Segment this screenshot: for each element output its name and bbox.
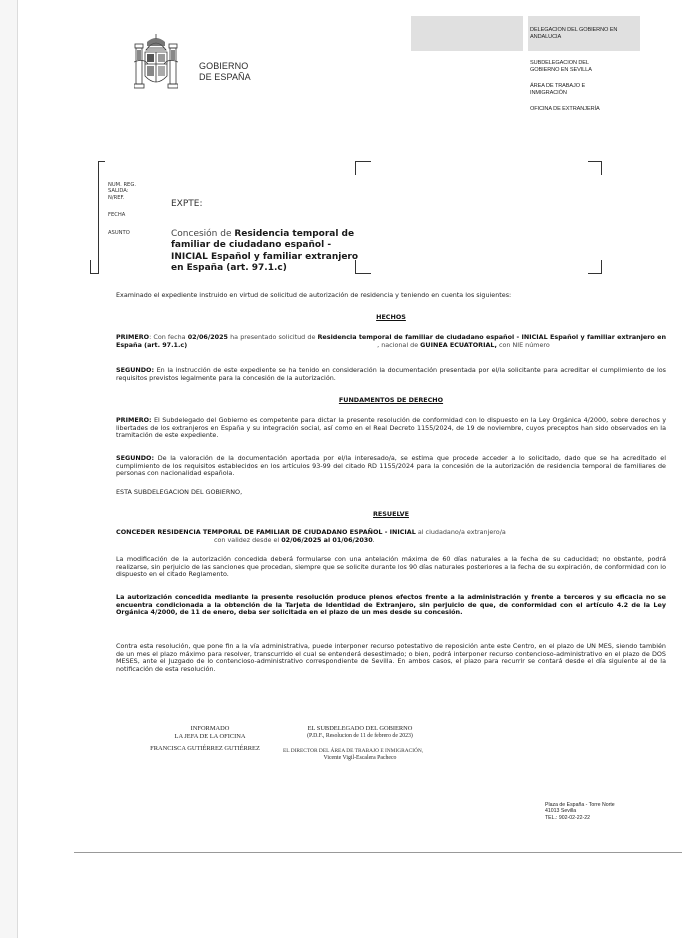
government-name: GOBIERNO DE ESPAÑA [199, 61, 251, 83]
footer-divider [74, 852, 682, 853]
subdelegation-name: SUBDELEGACION DEL GOBIERNO EN SEVILLA [530, 60, 610, 73]
fundamentos-title: FUNDAMENTOS DE DERECHO [116, 396, 666, 404]
director-label: EL DIRECTOR DEL ÁREA DE TRABAJO E INMIGR… [283, 748, 423, 754]
fund-primero-text: El Subdelegado del Gobierno es competent… [116, 416, 666, 439]
hechos-title: HECHOS [116, 313, 666, 321]
expte-label: EXPTE: [171, 199, 203, 209]
gov-name-line-2: DE ESPAÑA [199, 72, 251, 83]
validity-end: . [373, 536, 375, 544]
gov-name-line-1: GOBIERNO [199, 61, 251, 72]
director-name: Vicente Vigil-Escalera Pacheco [300, 755, 420, 762]
office-address: Plaza de España - Torre Norte 41013 Sevi… [545, 802, 615, 821]
concede-text: CONCEDER RESIDENCIA TEMPORAL DE FAMILIAR… [116, 528, 416, 536]
fundamentos-primero: PRIMERO: El Subdelegado del Gobierno es … [116, 417, 666, 440]
recurso-paragraph: Contra esta resolución, que pone fin a l… [116, 643, 666, 673]
window-corner-bottom-right [588, 260, 602, 274]
viewer-side-gutter [0, 0, 18, 938]
pdf-resolution: (P.D.F., Resolucion de 11 de febrero de … [280, 733, 440, 740]
intro-paragraph: Examinado el expediente instruido en vir… [116, 292, 666, 300]
validity-range: 02/06/2025 al 01/06/2030 [281, 536, 372, 544]
bracket-top-left [98, 161, 105, 175]
efectos-paragraph: La autorización concedida mediante la pr… [116, 594, 666, 617]
window-corner-top-left [355, 161, 371, 175]
bracket-bottom-left [90, 260, 98, 274]
subdelegacion-line: ESTA SUBDELEGACION DEL GOBIERNO, [116, 489, 666, 497]
asunto-label: ASUNTO [108, 230, 130, 237]
nref-label: N/REF. [108, 195, 124, 202]
bracket-left-line [98, 161, 99, 274]
address-phone: TEL.: 902-02-22-22 [545, 815, 615, 821]
delegation-box: DELEGACION DEL GOBIERNO EN ANDALUCIA [528, 16, 640, 51]
jefa-label: LA JEFA DE LA OFICINA [150, 733, 270, 740]
fund-segundo-text: De la valoración de la documentación apo… [116, 454, 666, 477]
primero-mid: ha presentado solicitud de [228, 333, 318, 341]
resuelve-concede: CONCEDER RESIDENCIA TEMPORAL DE FAMILIAR… [116, 529, 666, 537]
jefa-name: FRANCISCA GUTIÉRREZ GUTIÉRREZ [130, 745, 280, 752]
subdelegado-label: EL SUBDELEGADO DEL GOBIERNO [285, 725, 435, 732]
header-gray-block [411, 16, 523, 51]
application-date: 02/06/2025 [188, 333, 228, 341]
nie-label: con NIE número [497, 341, 550, 349]
asunto-value: Concesión de Residencia temporal de fami… [171, 229, 361, 275]
area-name: ÁREA DE TRABAJO E INMIGRACIÓN [530, 83, 600, 96]
window-corner-top-right [588, 161, 602, 175]
informado-label: INFORMADO [150, 725, 270, 732]
coat-of-arms-icon [134, 32, 178, 92]
office-name: OFICINA DE EXTRANJERÍA [530, 106, 630, 113]
fundamentos-segundo: SEGUNDO: De la valoración de la document… [116, 455, 666, 478]
validity-pre: con validez desde el [214, 536, 281, 544]
fecha-label: FECHA [108, 212, 125, 219]
nationality-pre: , nacional de [377, 341, 420, 349]
modificacion-paragraph: La modificación de la autorización conce… [116, 556, 666, 579]
resuelve-title: RESUELVE [116, 510, 666, 518]
asunto-prefix: Concesión de [171, 229, 234, 239]
segundo-text: En la instrucción de este expediente se … [116, 366, 666, 382]
salida-label: SALIDA: [108, 188, 128, 195]
concede-to: al ciudadano/a extranjero/a [416, 528, 506, 536]
delegation-name: DELEGACION DEL GOBIERNO EN ANDALUCIA [530, 27, 640, 40]
hechos-segundo: SEGUNDO: En la instrucción de este exped… [116, 367, 666, 382]
validity-line: con validez desde el 02/06/2025 al 01/06… [116, 537, 666, 545]
hechos-primero: PRIMERO: Con fecha 02/06/2025 ha present… [116, 334, 666, 349]
nationality: GUINEA ECUATORIAL, [420, 341, 497, 349]
